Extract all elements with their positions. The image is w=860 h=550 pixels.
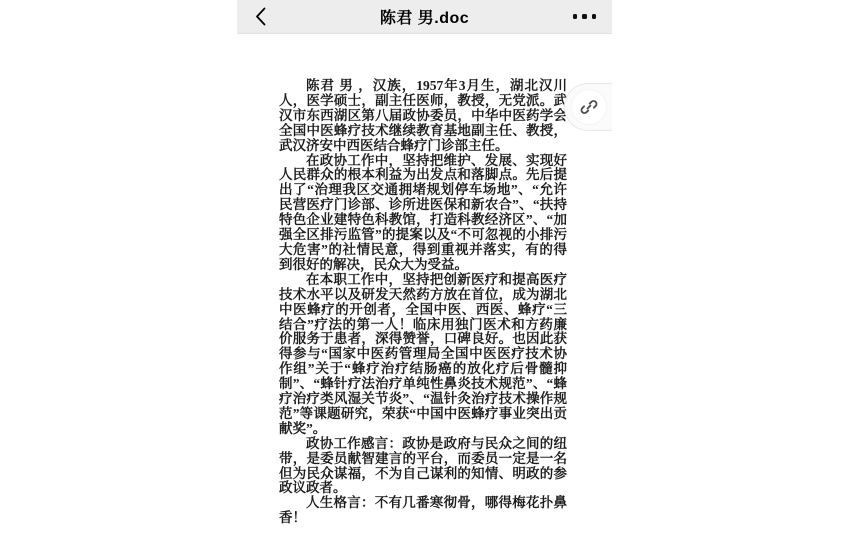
screen: 陈君 男.doc 陈君 男 ，汉族，1957年3月生，湖北汉川人，医学硕士，副主…: [0, 0, 860, 550]
doc-paragraph: 政协工作感言：政协是政府与民众之间的纽带，是委员献智建言的平台，而委员一定是一名…: [279, 437, 567, 497]
page-title: 陈君 男.doc: [380, 5, 469, 28]
file-preview-window: 陈君 男.doc 陈君 男 ，汉族，1957年3月生，湖北汉川人，医学硕士，副主…: [237, 0, 612, 550]
chevron-left-icon: [255, 7, 266, 26]
link-icon: [572, 90, 606, 124]
ellipsis-icon: [573, 14, 597, 19]
doc-paragraph: 在本职工作中，坚持把创新医疗和提高医疗技术水平以及研发天然药方放在首位，成为湖北…: [279, 273, 567, 437]
more-options-button[interactable]: [573, 0, 597, 33]
back-button[interactable]: [255, 0, 283, 33]
doc-paragraph: 在政协工作中，坚持把维护、发展、实现好人民群众的根本利益为出发点和落脚点。先后提…: [279, 154, 567, 273]
doc-paragraph: 陈君 男 ，汉族，1957年3月生，湖北汉川人，医学硕士，副主任医师，教授，无党…: [279, 79, 567, 154]
navbar: 陈君 男.doc: [237, 0, 612, 34]
doc-paragraph: 人生格言：不有几番寒彻骨，哪得梅花扑鼻香！: [279, 496, 567, 526]
document-content: 陈君 男 ，汉族，1957年3月生，湖北汉川人，医学硕士，副主任医师，教授，无党…: [237, 34, 612, 526]
link-float-button[interactable]: [564, 83, 612, 131]
